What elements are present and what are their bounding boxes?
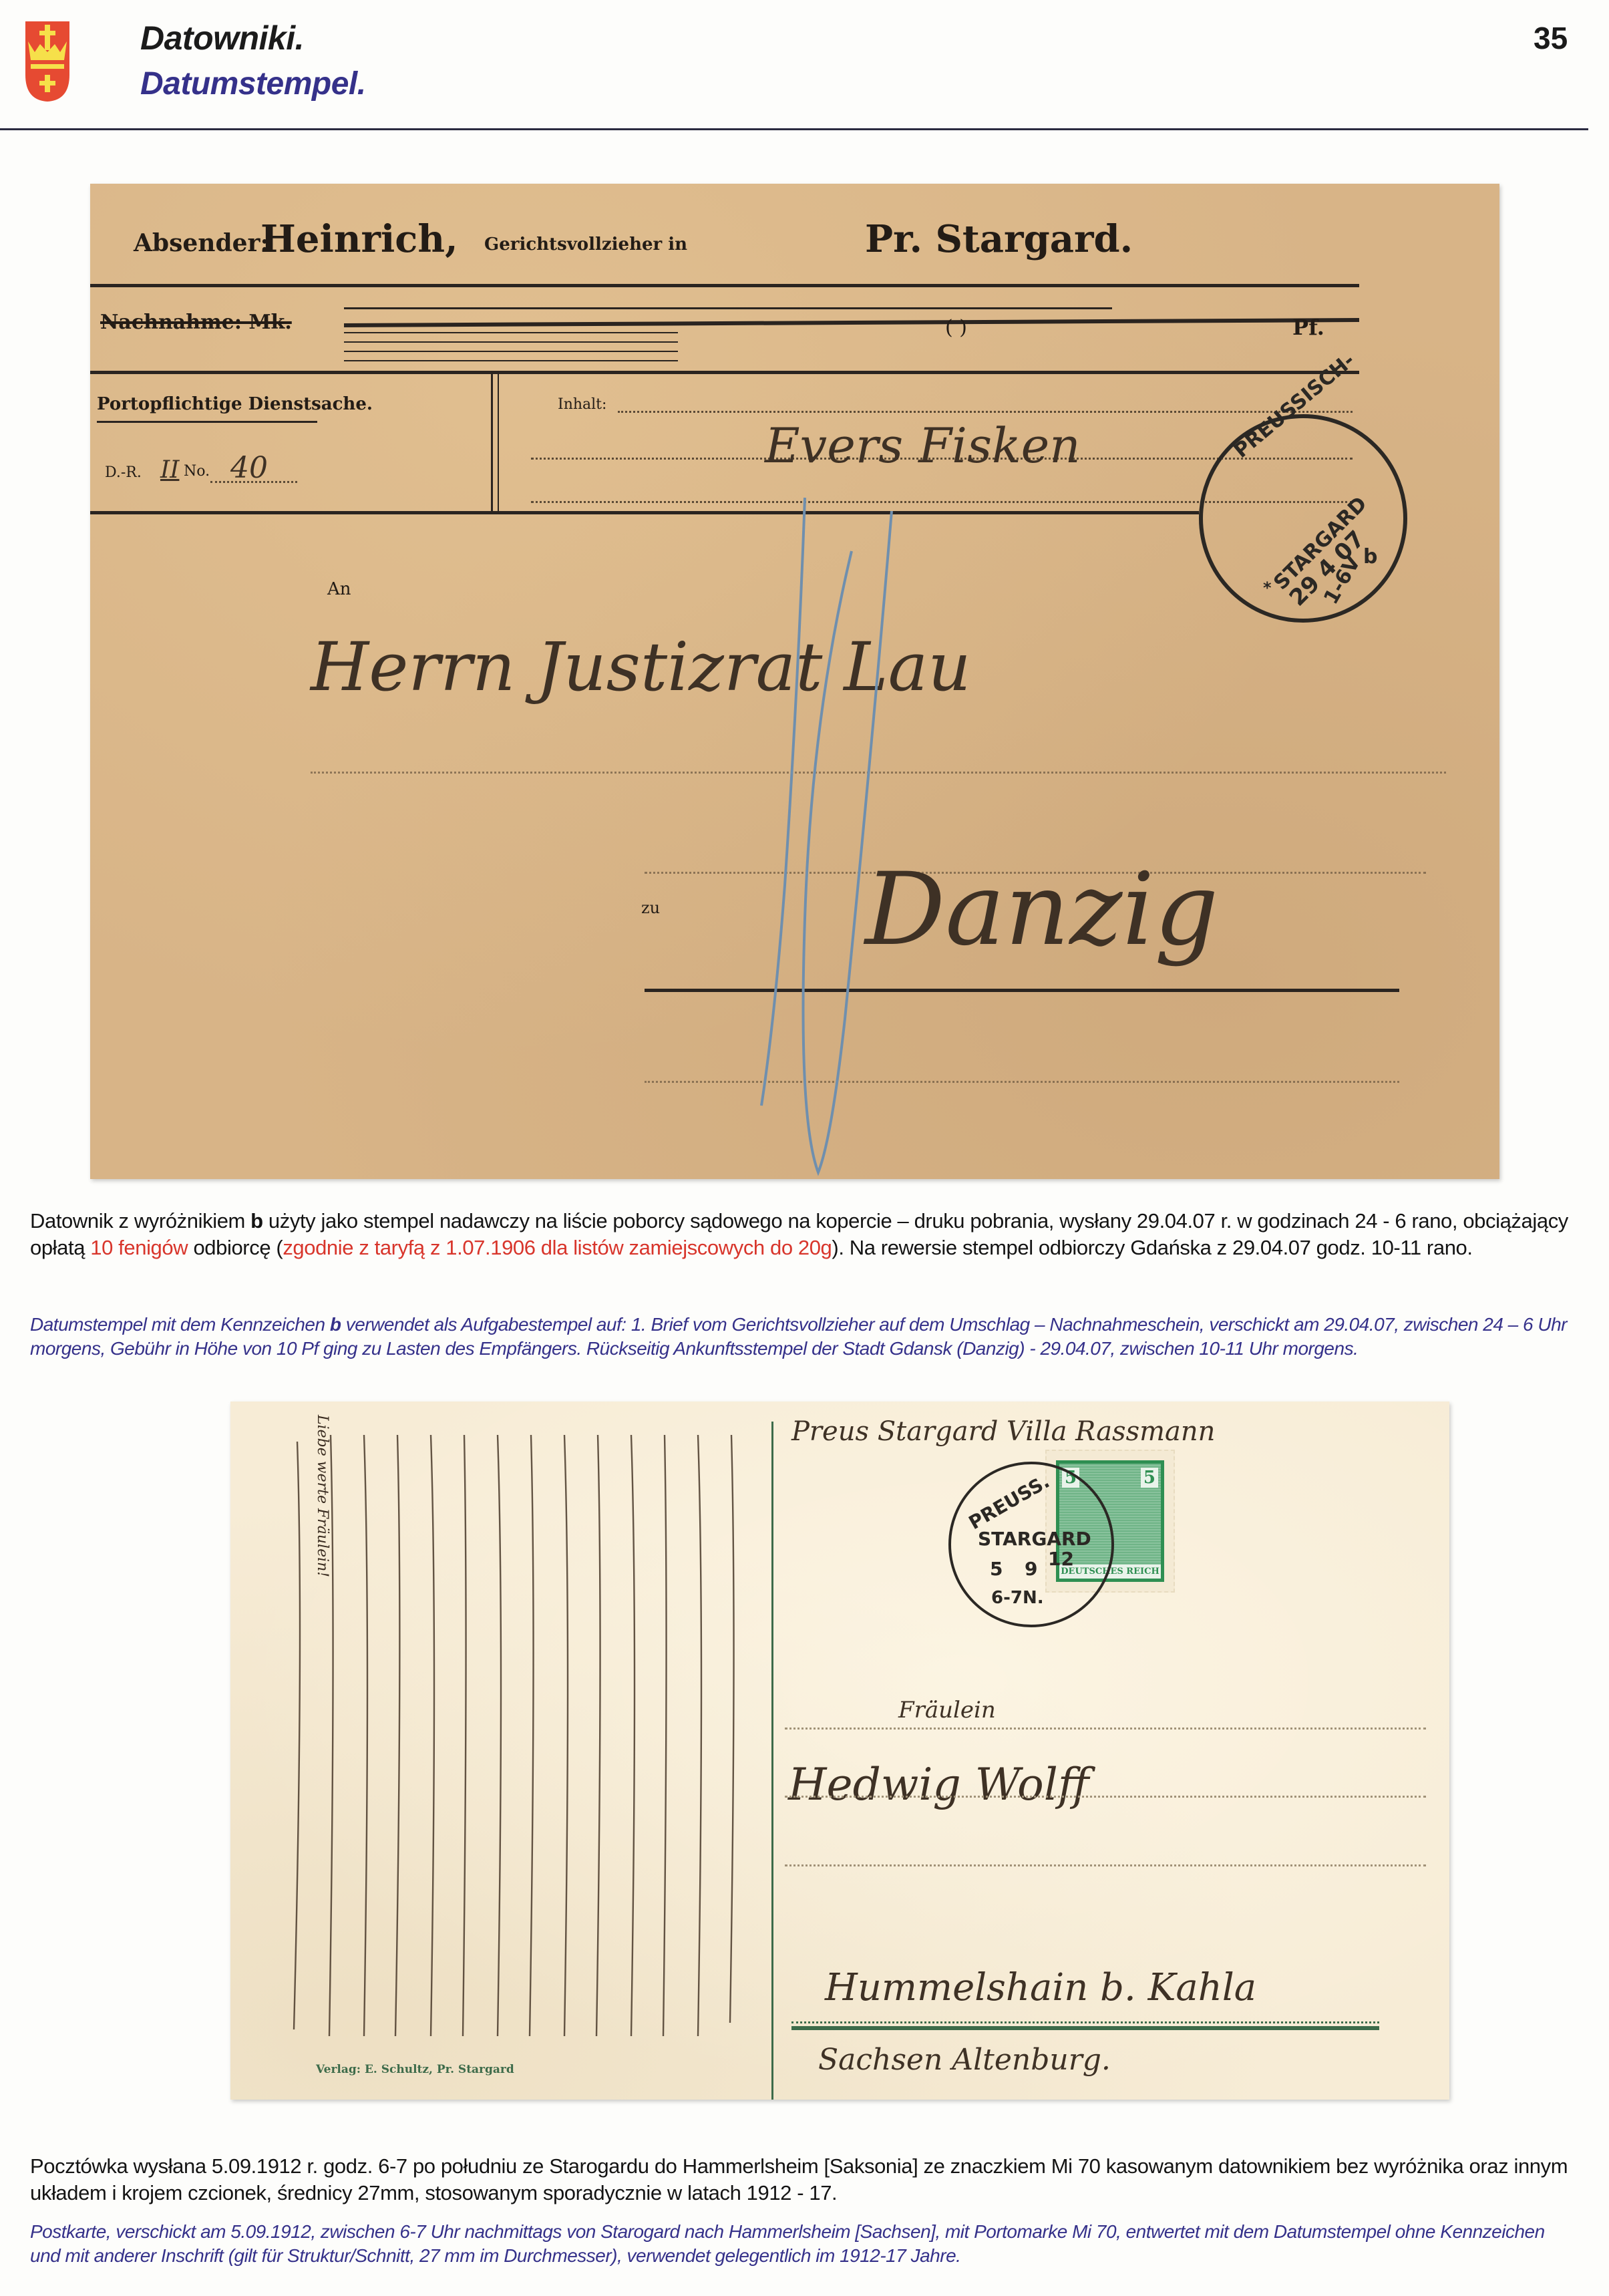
handwritten-message-vertical [257, 1415, 765, 2056]
postcard: Liebe werte Fräulein! Verlag: E. Schultz… [230, 1402, 1449, 2100]
publisher-imprint: Verlag: E. Schultz, Pr. Stargard [316, 2063, 514, 2076]
dotted-line [791, 2021, 1379, 2023]
cod-pf-label: Pf. [1292, 315, 1324, 340]
caption-german-2: Postkarte, verschickt am 5.09.1912, zwis… [30, 2220, 1573, 2268]
official-business-label: Portopflichtige Dienstsache. [97, 394, 373, 414]
at-label: zu [641, 898, 660, 917]
caption-polish-1: Datownik z wyróżnikiem b użyty jako stem… [30, 1208, 1573, 1261]
page-title: Datowniki. [140, 19, 304, 57]
dotted-line [785, 1796, 1426, 1798]
caption-polish-2: Pocztówka wysłana 5.09.1912 r. godz. 6-7… [30, 2153, 1573, 2206]
rule [498, 374, 499, 511]
dotted-line [210, 481, 297, 483]
dr-number: 40 [230, 451, 268, 485]
postcard-divider [771, 1422, 773, 2100]
header-divider [0, 128, 1588, 130]
to-label: An [327, 579, 351, 599]
envelope-cover: Absender: Heinrich, Gerichtsvollzieher i… [90, 184, 1499, 1179]
sender-label: Absender: [134, 229, 269, 257]
dotted-line [785, 1864, 1426, 1866]
page-subtitle: Datumstempel. [140, 65, 366, 102]
cod-label: Nachnahme: Mk. [100, 311, 292, 334]
gdansk-crown-crest-icon [25, 21, 69, 102]
sender-role: Gerichtsvollzieher in [484, 234, 687, 255]
recipient-town: Hummelshain b. Kahla [825, 1966, 1256, 2009]
highlight-fee: 10 fenigów [90, 1236, 188, 1259]
blue-crayon-postage-due-mark [705, 484, 905, 1219]
sender-name: Heinrich, [260, 217, 458, 261]
recipient-name: Hedwig Wolff [788, 1759, 1089, 1810]
rule [97, 421, 317, 423]
sender-town: Pr. Stargard. [865, 217, 1133, 261]
rule [90, 371, 1359, 374]
highlight-tariff: zgodnie z taryfą z 1.07.1906 dla listów … [283, 1236, 832, 1259]
dr-roman: II [160, 456, 179, 484]
contents-value: Evers Fisken [765, 418, 1081, 474]
rule [90, 511, 1199, 514]
recipient-region: Sachsen Altenburg. [818, 2043, 1111, 2077]
contents-label: Inhalt: [558, 396, 606, 413]
postmark-preussisch-stargard: PREUSSISCH- STARGARD 29 4 07 1-6V b * [1199, 414, 1407, 623]
recipient-title: Fräulein [898, 1697, 996, 1724]
dr-label: D.-R. [105, 464, 142, 481]
page-number: 35 [1534, 20, 1568, 56]
caption-german-1: Datumstempel mit dem Kennzeichen b verwe… [30, 1313, 1573, 1361]
sender-line: Preus Stargard Villa Rassmann [791, 1416, 1215, 1447]
dotted-line [785, 1728, 1426, 1730]
destination: Danzig [865, 852, 1218, 968]
postmark-preuss-stargard: PREUSS. STARGARD 5 9 12 6-7N. [948, 1462, 1114, 1627]
cod-parentheses: ( ) [945, 316, 967, 339]
dr-no-label: No. [184, 463, 210, 480]
rule [90, 284, 1359, 287]
address-rule [791, 2026, 1379, 2030]
dotted-line [618, 411, 1353, 413]
rule [491, 374, 493, 511]
page-header: Datowniki. Datumstempel. 35 [0, 0, 1609, 134]
